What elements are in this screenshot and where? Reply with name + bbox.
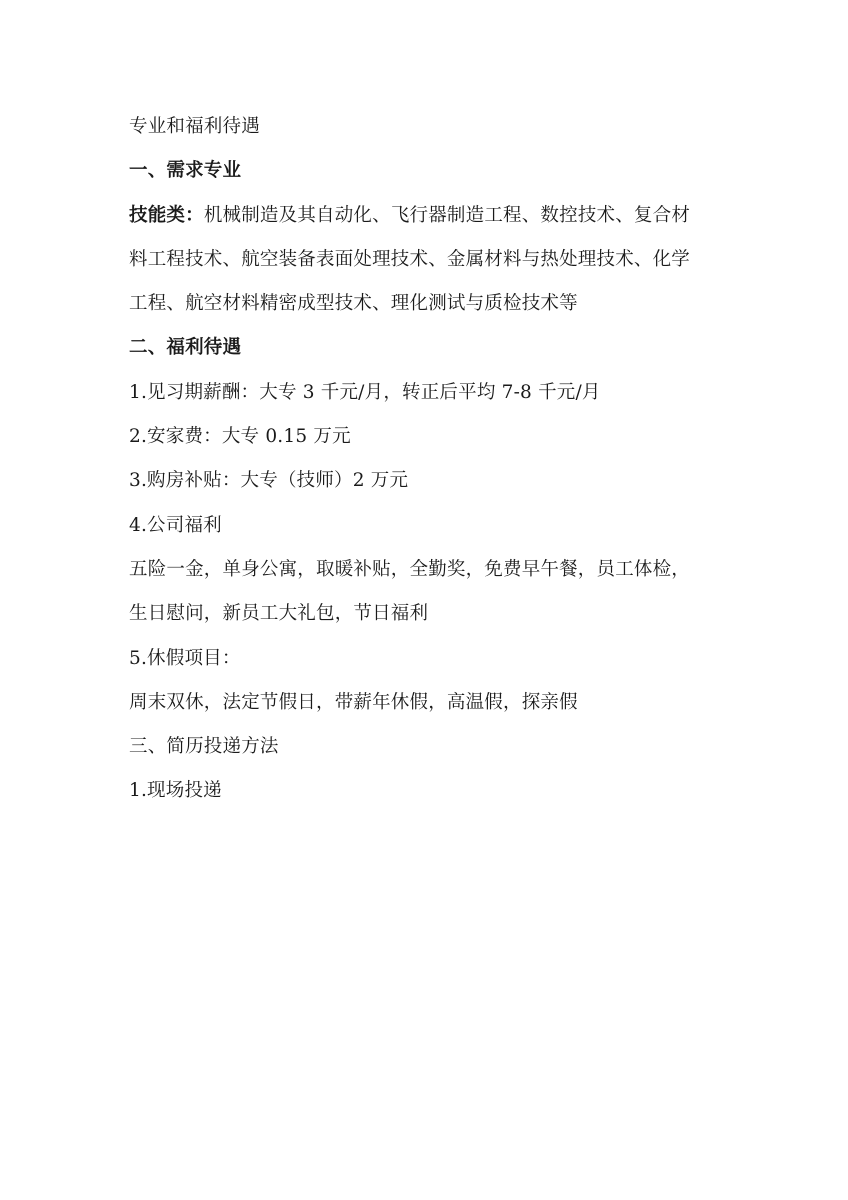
- benefit-item-salary: 1.见习期薪酬：大专 3 千元/月，转正后平均 7-8 千元/月: [129, 378, 729, 422]
- vacation-text: 周末双休，法定节假日，带薪年休假，高温假，探亲假: [129, 688, 729, 732]
- benefit-item-housing-subsidy: 3.购房补贴：大专（技师）2 万元: [129, 466, 729, 510]
- company-benefits-line-1: 五险一金，单身公寓，取暖补贴，全勤奖，免费早午餐，员工体检，: [129, 555, 729, 599]
- section-heading-resume-submission: 三、简历投递方法: [129, 732, 729, 776]
- vacation-label: 5.休假项目：: [129, 644, 729, 688]
- skills-line-1: 技能类：机械制造及其自动化、飞行器制造工程、数控技术、复合材: [129, 201, 729, 245]
- section-heading-benefits: 二、福利待遇: [129, 333, 729, 377]
- submission-item-onsite: 1.现场投递: [129, 776, 729, 820]
- skills-line-3: 工程、航空材料精密成型技术、理化测试与质检技术等: [129, 289, 729, 333]
- section-heading-majors: 一、需求专业: [129, 156, 729, 200]
- company-benefits-line-2: 生日慰问，新员工大礼包，节日福利: [129, 599, 729, 643]
- skills-label: 技能类：: [129, 205, 204, 226]
- skills-text-1: 机械制造及其自动化、飞行器制造工程、数控技术、复合材: [204, 205, 690, 226]
- benefit-item-settling-fee: 2.安家费：大专 0.15 万元: [129, 422, 729, 466]
- document-page: 专业和福利待遇 一、需求专业 技能类：机械制造及其自动化、飞行器制造工程、数控技…: [129, 112, 729, 821]
- document-title: 专业和福利待遇: [129, 112, 729, 156]
- benefit-item-company-benefits: 4.公司福利: [129, 511, 729, 555]
- skills-line-2: 料工程技术、航空装备表面处理技术、金属材料与热处理技术、化学: [129, 245, 729, 289]
